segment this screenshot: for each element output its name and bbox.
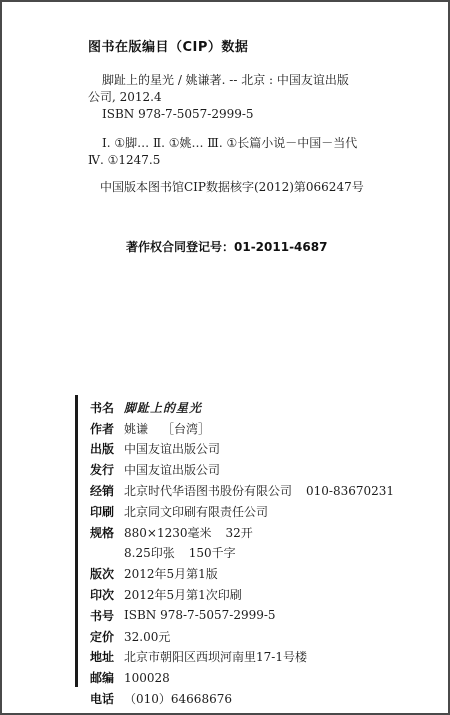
info-value: 脚趾上的星光 [124,399,202,416]
cip-verification-number: 中国版本图书馆CIP数据核字(2012)第066247号 [100,178,364,195]
info-row-distributor: 发行 中国友谊出版公司 [90,459,394,480]
info-extra: 32开 [226,524,253,541]
info-label: 电话 [90,690,124,707]
info-value: 100028 [124,671,170,685]
info-value: 880×1230毫米 [124,524,212,541]
info-label: 书号 [90,607,124,624]
info-value: 8.25印张 [124,544,175,561]
info-value: 北京市朝阳区西坝河南里17-1号楼 [124,648,307,665]
info-value: 姚谦 [124,420,148,437]
info-label: 书名 [90,399,124,416]
info-value: 中国友谊出版公司 [124,440,220,457]
copyright-page: 图书在版编目（CIP）数据 脚趾上的星光 / 姚谦著. -- 北京 : 中国友谊… [0,0,450,715]
cip-publisher-line: 公司, 2012.4 [88,89,388,106]
cip-data-block: 脚趾上的星光 / 姚谦著. -- 北京 : 中国友谊出版 公司, 2012.4 … [88,72,388,169]
info-row-format: 规格 880×1230毫米 32开 [90,522,394,543]
info-label: 邮编 [90,669,124,686]
cip-heading: 图书在版编目（CIP）数据 [88,36,248,55]
info-extra: ［台湾］ [162,420,210,437]
info-row-address: 地址 北京市朝阳区西坝河南里17-1号楼 [90,647,394,668]
info-label: 出版 [90,440,124,457]
info-extra: 150千字 [189,544,236,561]
cip-title-line: 脚趾上的星光 / 姚谦著. -- 北京 : 中国友谊出版 [88,72,388,89]
info-row-printer: 印刷 北京同文印刷有限责任公司 [90,501,394,522]
info-label: 印刷 [90,503,124,520]
info-row-publisher: 出版 中国友谊出版公司 [90,439,394,460]
info-row-postcode: 邮编 100028 [90,667,394,688]
info-row-author: 作者 姚谦 ［台湾］ [90,418,394,439]
info-label: 版次 [90,565,124,582]
info-row-isbn: 书号 ISBN 978-7-5057-2999-5 [90,605,394,626]
info-row-title: 书名 脚趾上的星光 [90,397,394,418]
book-info-table: 书名 脚趾上的星光 作者 姚谦 ［台湾］ 出版 中国友谊出版公司 发行 中国友谊… [90,397,394,709]
info-value: （010）64668676 [124,690,232,707]
info-label: 作者 [90,420,124,437]
info-row-price: 定价 32.00元 [90,626,394,647]
info-value: 2012年5月第1次印刷 [124,586,242,603]
info-label: 定价 [90,628,124,645]
cip-class-number-line: Ⅳ. ①1247.5 [88,152,388,169]
info-row-printing: 印次 2012年5月第1次印刷 [90,584,394,605]
cip-isbn-line: ISBN 978-7-5057-2999-5 [88,106,388,123]
info-row-seller: 经销 北京时代华语图书股份有限公司 010-83670231 [90,480,394,501]
info-label: 地址 [90,648,124,665]
info-value: 中国友谊出版公司 [124,461,220,478]
info-label: 经销 [90,482,124,499]
info-value: 2012年5月第1版 [124,565,218,582]
info-row-phone: 电话 （010）64668676 [90,688,394,709]
cip-classification-line: Ⅰ. ①脚… Ⅱ. ①姚… Ⅲ. ①长篇小说－中国－当代 [88,135,388,152]
info-value: 北京同文印刷有限责任公司 [124,503,268,520]
info-label: 规格 [90,524,124,541]
copyright-registration-number: 著作权合同登记号：01-2011-4687 [126,238,327,255]
info-value: 北京时代华语图书股份有限公司 [124,482,292,499]
info-extra: 010-83670231 [306,484,394,498]
info-value: ISBN 978-7-5057-2999-5 [124,608,276,622]
vertical-divider-bar [75,395,78,687]
info-label: 发行 [90,461,124,478]
info-row-sheets: 8.25印张 150千字 [90,543,394,564]
info-row-edition: 版次 2012年5月第1版 [90,563,394,584]
info-value: 32.00元 [124,628,170,645]
info-label: 印次 [90,586,124,603]
